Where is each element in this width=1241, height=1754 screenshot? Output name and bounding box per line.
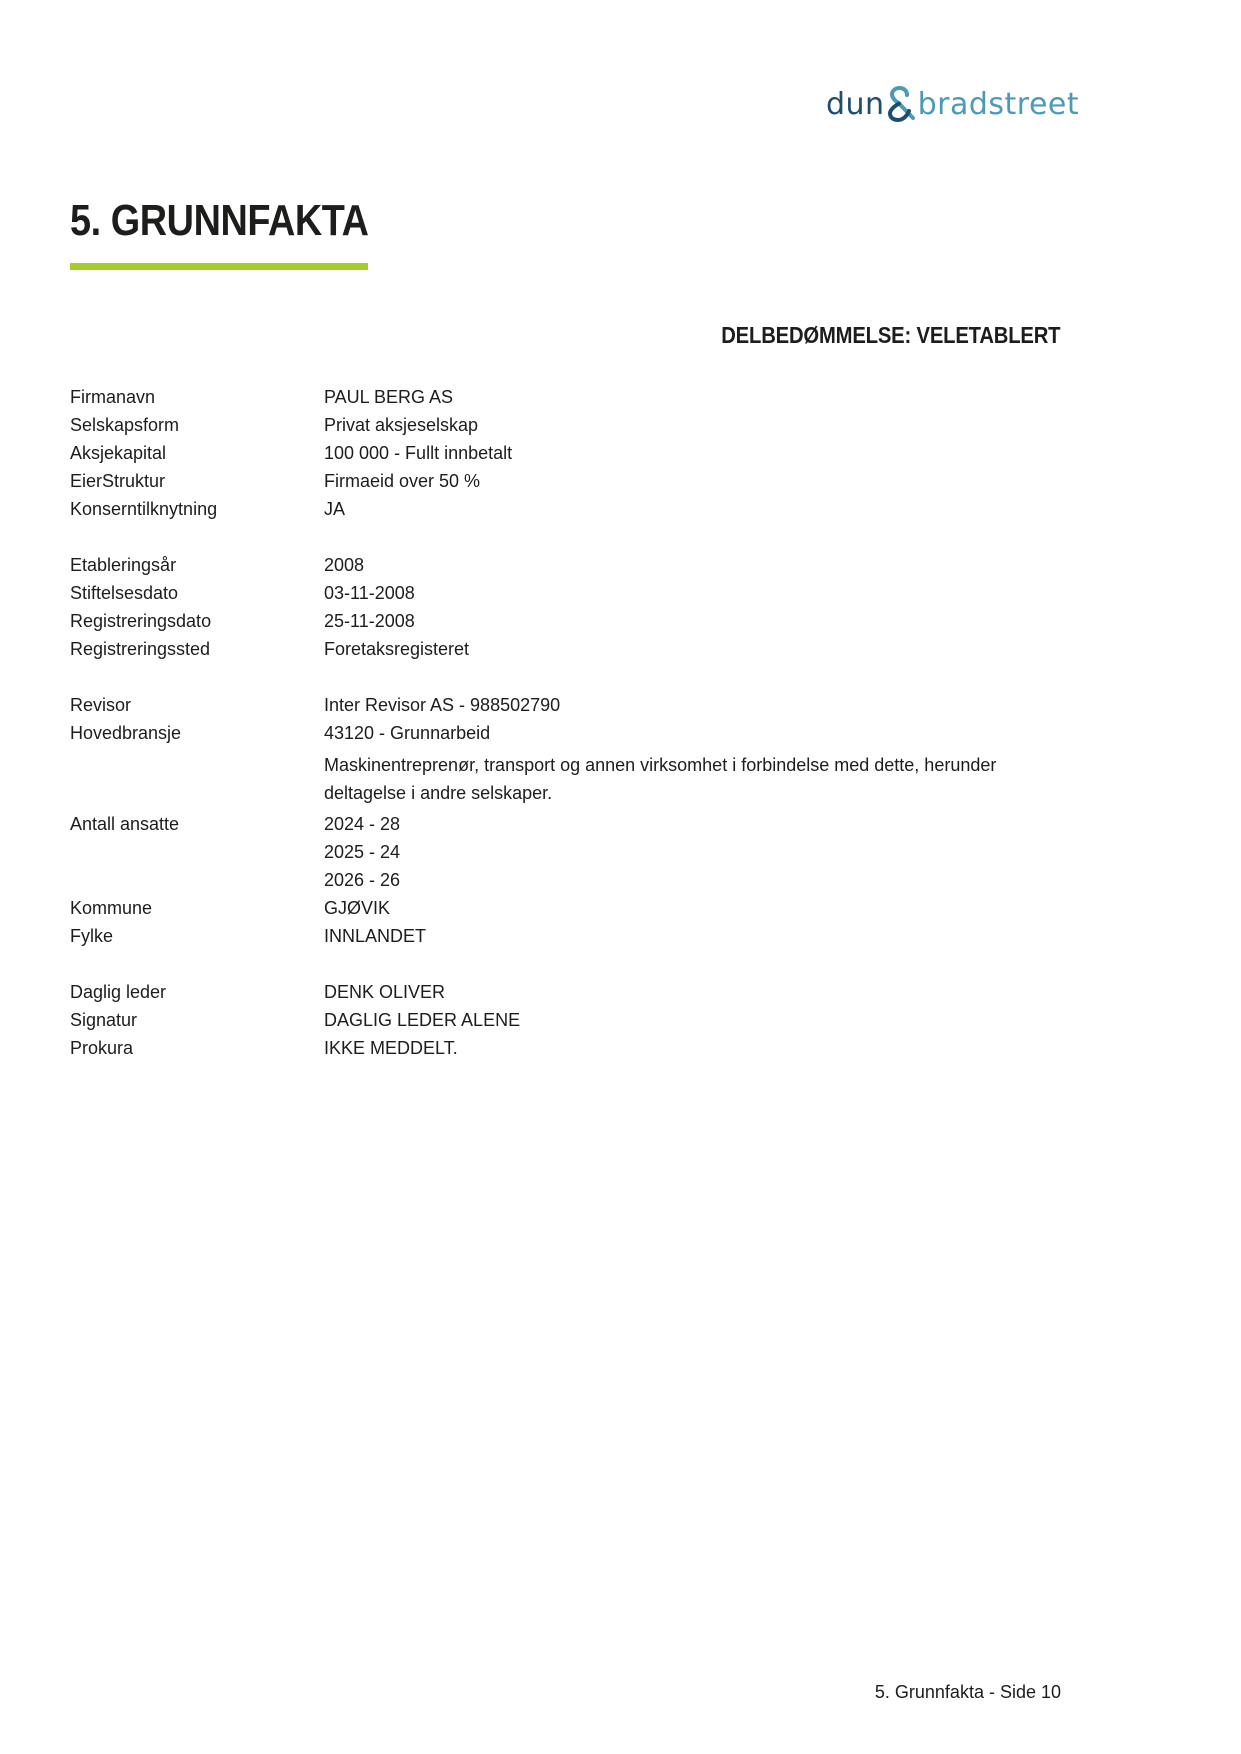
- fact-row: Revisor Inter Revisor AS - 988502790: [70, 691, 1070, 719]
- fact-value: JA: [324, 495, 1070, 523]
- fact-value: 2026 - 26: [324, 866, 1070, 894]
- fact-value: 100 000 - Fullt innbetalt: [324, 439, 1070, 467]
- fact-row: Registreringssted Foretaksregisteret: [70, 635, 1070, 663]
- fact-label: Selskapsform: [70, 411, 324, 439]
- fact-value: 25-11-2008: [324, 607, 1070, 635]
- fact-row: EierStruktur Firmaeid over 50 %: [70, 467, 1070, 495]
- fact-label: Daglig leder: [70, 978, 324, 1006]
- page-footer: 5. Grunnfakta - Side 10: [875, 1682, 1061, 1703]
- logo-text-dun: dun: [826, 90, 885, 120]
- fact-value: Privat aksjeselskap: [324, 411, 1070, 439]
- fact-row: Konserntilknytning JA: [70, 495, 1070, 523]
- fact-row: Aksjekapital 100 000 - Fullt innbetalt: [70, 439, 1070, 467]
- fact-label: Fylke: [70, 922, 324, 950]
- bransje-description: Maskinentreprenør, transport og annen vi…: [324, 747, 1070, 810]
- fact-value: INNLANDET: [324, 922, 1070, 950]
- fact-value: DAGLIG LEDER ALENE: [324, 1006, 1070, 1034]
- fact-value: 2008: [324, 551, 1070, 579]
- fact-value: Inter Revisor AS - 988502790: [324, 691, 1070, 719]
- fact-label-empty: [70, 747, 324, 810]
- rating-heading: DELBEDØMMELSE: VELETABLERT: [721, 322, 1060, 349]
- fact-row: Stiftelsesdato 03-11-2008: [70, 579, 1070, 607]
- fact-value: IKKE MEDDELT.: [324, 1034, 1070, 1062]
- fact-label: Stiftelsesdato: [70, 579, 324, 607]
- fact-label: Antall ansatte: [70, 810, 324, 838]
- fact-label: Revisor: [70, 691, 324, 719]
- fact-label: Firmanavn: [70, 383, 324, 411]
- fact-row: Etableringsår 2008: [70, 551, 1070, 579]
- fact-label-empty: [70, 838, 324, 866]
- fact-value: GJØVIK: [324, 894, 1070, 922]
- registration-group: Etableringsår 2008 Stiftelsesdato 03-11-…: [70, 551, 1070, 663]
- fact-value: 03-11-2008: [324, 579, 1070, 607]
- fact-value: Foretaksregisteret: [324, 635, 1070, 663]
- fact-row: 2025 - 24: [70, 838, 1070, 866]
- fact-row: Signatur DAGLIG LEDER ALENE: [70, 1006, 1070, 1034]
- fact-value: Firmaeid over 50 %: [324, 467, 1070, 495]
- business-group: Revisor Inter Revisor AS - 988502790 Hov…: [70, 691, 1070, 950]
- fact-row: Maskinentreprenør, transport og annen vi…: [70, 747, 1070, 810]
- fact-label: Prokura: [70, 1034, 324, 1062]
- facts-table: Firmanavn PAUL BERG AS Selskapsform Priv…: [70, 383, 1070, 1090]
- fact-row: Daglig leder DENK OLIVER: [70, 978, 1070, 1006]
- dun-bradstreet-logo: dun bradstreet: [826, 80, 1079, 120]
- fact-row: Firmanavn PAUL BERG AS: [70, 383, 1070, 411]
- fact-value: 43120 - Grunnarbeid: [324, 719, 1070, 747]
- fact-label: Registreringsdato: [70, 607, 324, 635]
- title-underline: [70, 263, 368, 270]
- page-title: 5. GRUNNFAKTA: [70, 196, 369, 246]
- fact-label: Hovedbransje: [70, 719, 324, 747]
- fact-label: Konserntilknytning: [70, 495, 324, 523]
- fact-label: Signatur: [70, 1006, 324, 1034]
- logo-text-bradstreet: bradstreet: [918, 90, 1080, 120]
- fact-value: 2024 - 28: [324, 810, 1070, 838]
- fact-label: Aksjekapital: [70, 439, 324, 467]
- management-group: Daglig leder DENK OLIVER Signatur DAGLIG…: [70, 978, 1070, 1062]
- fact-row: Hovedbransje 43120 - Grunnarbeid: [70, 719, 1070, 747]
- fact-row: 2026 - 26: [70, 866, 1070, 894]
- fact-value: PAUL BERG AS: [324, 383, 1070, 411]
- fact-label: Kommune: [70, 894, 324, 922]
- fact-row: Prokura IKKE MEDDELT.: [70, 1034, 1070, 1062]
- fact-row: Selskapsform Privat aksjeselskap: [70, 411, 1070, 439]
- fact-label: EierStruktur: [70, 467, 324, 495]
- fact-value: DENK OLIVER: [324, 978, 1070, 1006]
- company-group: Firmanavn PAUL BERG AS Selskapsform Priv…: [70, 383, 1070, 523]
- fact-value: 2025 - 24: [324, 838, 1070, 866]
- fact-row: Registreringsdato 25-11-2008: [70, 607, 1070, 635]
- fact-row: Antall ansatte 2024 - 28: [70, 810, 1070, 838]
- fact-label: Registreringssted: [70, 635, 324, 663]
- fact-label-empty: [70, 866, 324, 894]
- fact-row: Kommune GJØVIK: [70, 894, 1070, 922]
- ampersand-logo-icon: [887, 86, 917, 122]
- fact-label: Etableringsår: [70, 551, 324, 579]
- fact-row: Fylke INNLANDET: [70, 922, 1070, 950]
